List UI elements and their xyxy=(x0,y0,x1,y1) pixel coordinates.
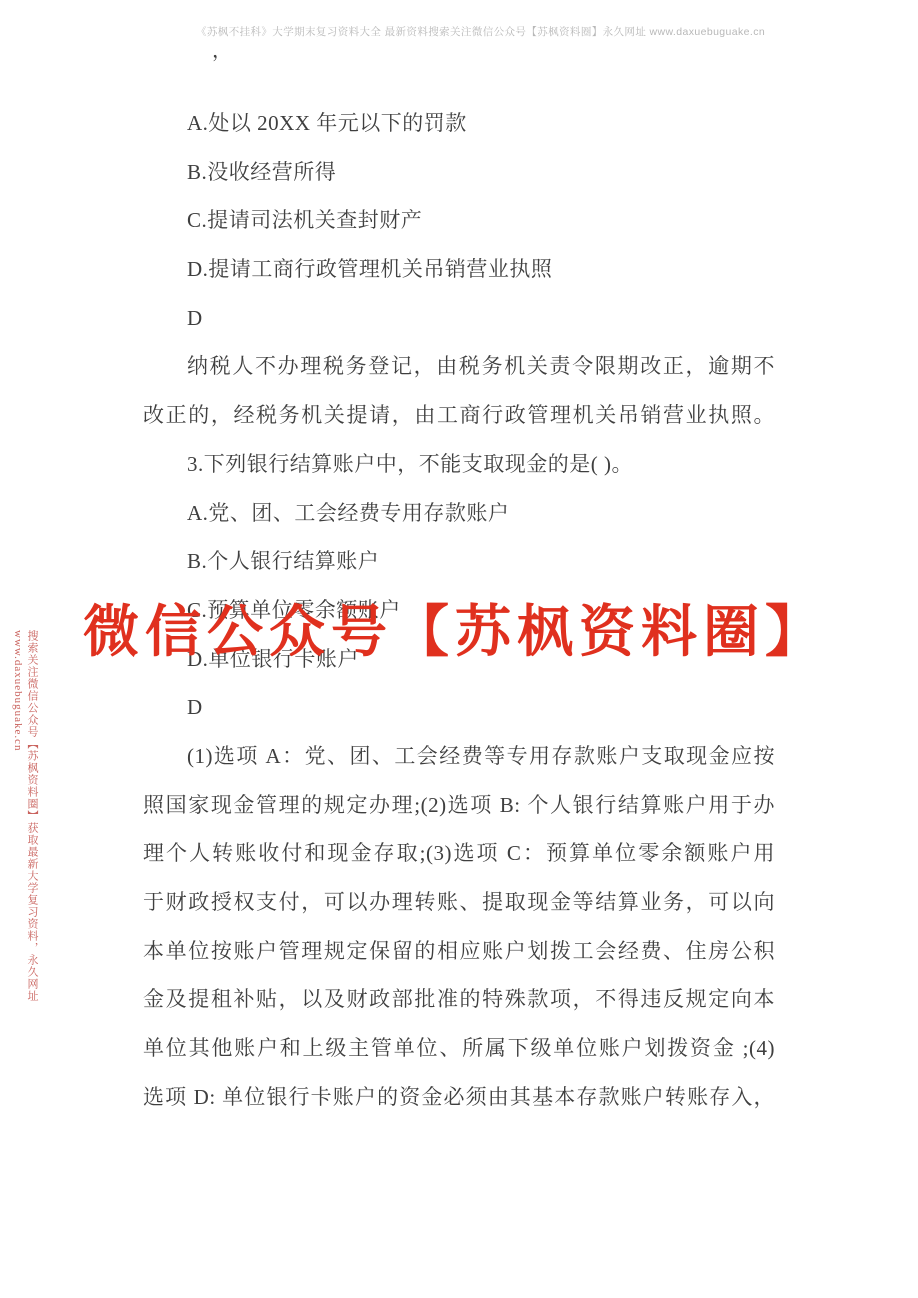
text-line: 本单位按账户管理规定保留的相应账户划拨工会经费、住房公积 xyxy=(143,927,775,976)
text-line: 纳税人不办理税务登记，由税务机关责令限期改正，逾期不 xyxy=(143,342,775,391)
text-line: A.党、团、工会经费专用存款账户 xyxy=(143,489,775,538)
text-line: 单位其他账户和上级主管单位、所属下级单位账户划拨资金 ;(4) xyxy=(143,1024,775,1073)
text-line: 照国家现金管理的规定办理;(2)选项 B: 个人银行结算账户用于办 xyxy=(143,781,775,830)
sidebar-watermark-vertical: 搜索关注微信公众号【苏枫资料圈】获取最新大学复习资料，永久网址 www.daxu… xyxy=(12,630,40,1100)
header-note: 《苏枫不挂科》大学期末复习资料大全 最新资料搜索关注微信公众号【苏枫资料圈】永久… xyxy=(196,24,756,39)
text-line: D.提请工商行政管理机关吊销营业执照 xyxy=(143,245,775,294)
orphan-comma-line: ， xyxy=(212,34,232,63)
text-line: A.处以 20XX 年元以下的罚款 xyxy=(143,99,775,148)
document-page: 《苏枫不挂科》大学期末复习资料大全 最新资料搜索关注微信公众号【苏枫资料圈】永久… xyxy=(0,0,918,1298)
text-line: 改正的，经税务机关提请，由工商行政管理机关吊销营业执照。 xyxy=(143,391,775,440)
text-line: C.提请司法机关查封财产 xyxy=(143,196,775,245)
text-line: 金及提租补贴，以及财政部批准的特殊款项，不得违反规定向本 xyxy=(143,975,775,1024)
text-line: C.预算单位零余额账户 xyxy=(143,586,775,635)
text-line: D xyxy=(143,683,775,732)
text-line: 3.下列银行结算账户中，不能支取现金的是( )。 xyxy=(143,440,775,489)
text-line: B.个人银行结算账户 xyxy=(143,537,775,586)
text-line: B.没收经营所得 xyxy=(143,148,775,197)
text-line: D.单位银行卡账户 xyxy=(143,635,775,684)
document-body: A.处以 20XX 年元以下的罚款B.没收经营所得C.提请司法机关查封财产D.提… xyxy=(143,99,775,1121)
text-line: 理个人转账收付和现金存取;(3)选项 C：预算单位零余额账户用 xyxy=(143,829,775,878)
text-line: 选项 D: 单位银行卡账户的资金必须由其基本存款账户转账存入， xyxy=(143,1073,775,1122)
text-line: D xyxy=(143,294,775,343)
text-line: (1)选项 A：党、团、工会经费等专用存款账户支取现金应按 xyxy=(143,732,775,781)
text-line: 于财政授权支付，可以办理转账、提取现金等结算业务，可以向 xyxy=(143,878,775,927)
